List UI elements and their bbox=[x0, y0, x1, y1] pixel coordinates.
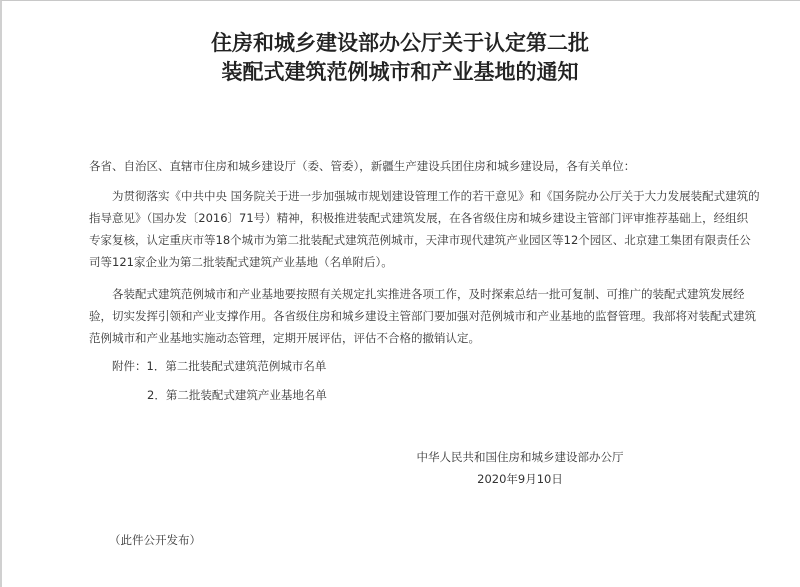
attachments-second: 2．第二批装配式建筑产业基地名单 bbox=[147, 384, 787, 406]
paragraph-2: 各装配式建筑范例城市和产业基地要按照有关规定扎实推进各项工作，及时探索总结一批可… bbox=[89, 283, 729, 349]
salutation: 各省、自治区、直辖市住房和城乡建设厅（委、管委），新疆生产建设兵团住房和城乡建设… bbox=[89, 155, 729, 177]
attachments-label: 附件： bbox=[112, 359, 147, 373]
paragraph-2-line: 各装配式建筑范例城市和产业基地要按照有关规定扎实推进各项工作，及时探索总结一批可… bbox=[89, 283, 729, 305]
attachments: 附件：1．第二批装配式建筑范例城市名单 bbox=[112, 355, 752, 377]
footer-note: （此件公开发布） bbox=[109, 529, 749, 551]
footer-note-text: （此件公开发布） bbox=[109, 529, 749, 551]
document-title-line-1: 住房和城乡建设部办公厅关于认定第二批 bbox=[0, 27, 800, 57]
attachment-item-2-text: 2．第二批装配式建筑产业基地名单 bbox=[147, 384, 787, 406]
paragraph-1-line: 为贯彻落实《中共中央 国务院关于进一步加强城市规划建设管理工作的若干意见》和《国… bbox=[89, 185, 729, 207]
signature-organization: 中华人民共和国住房和城乡建设部办公厅 bbox=[410, 446, 630, 468]
salutation-text: 各省、自治区、直辖市住房和城乡建设厅（委、管委），新疆生产建设兵团住房和城乡建设… bbox=[89, 155, 729, 177]
signature-block: 中华人民共和国住房和城乡建设部办公厅 2020年9月10日 bbox=[410, 446, 630, 490]
attachment-item-1-text: 1．第二批装配式建筑范例城市名单 bbox=[147, 359, 327, 373]
paragraph-1: 为贯彻落实《中共中央 国务院关于进一步加强城市规划建设管理工作的若干意见》和《国… bbox=[89, 185, 729, 273]
paragraph-1-line: 指导意见》（国办发〔2016〕71号）精神，积极推进装配式建筑发展，在各省级住房… bbox=[89, 207, 729, 229]
paragraph-2-line: 验，切实发挥引领和产业支撑作用。各省级住房和城乡建设主管部门要加强对范例城市和产… bbox=[89, 305, 729, 327]
attachment-item-1: 附件：1．第二批装配式建筑范例城市名单 bbox=[112, 355, 752, 377]
signature-date: 2020年9月10日 bbox=[410, 468, 630, 490]
paragraph-2-line: 范例城市和产业基地实施动态管理，定期开展评估，评估不合格的撤销认定。 bbox=[89, 327, 729, 349]
document-title-line-2: 装配式建筑范例城市和产业基地的通知 bbox=[0, 56, 800, 86]
paragraph-1-line: 司等121家企业为第二批装配式建筑产业基地（名单附后）。 bbox=[89, 251, 729, 273]
paragraph-1-line: 专家复核，认定重庆市等18个城市为第二批装配式建筑范例城市，天津市现代建筑产业园… bbox=[89, 229, 729, 251]
